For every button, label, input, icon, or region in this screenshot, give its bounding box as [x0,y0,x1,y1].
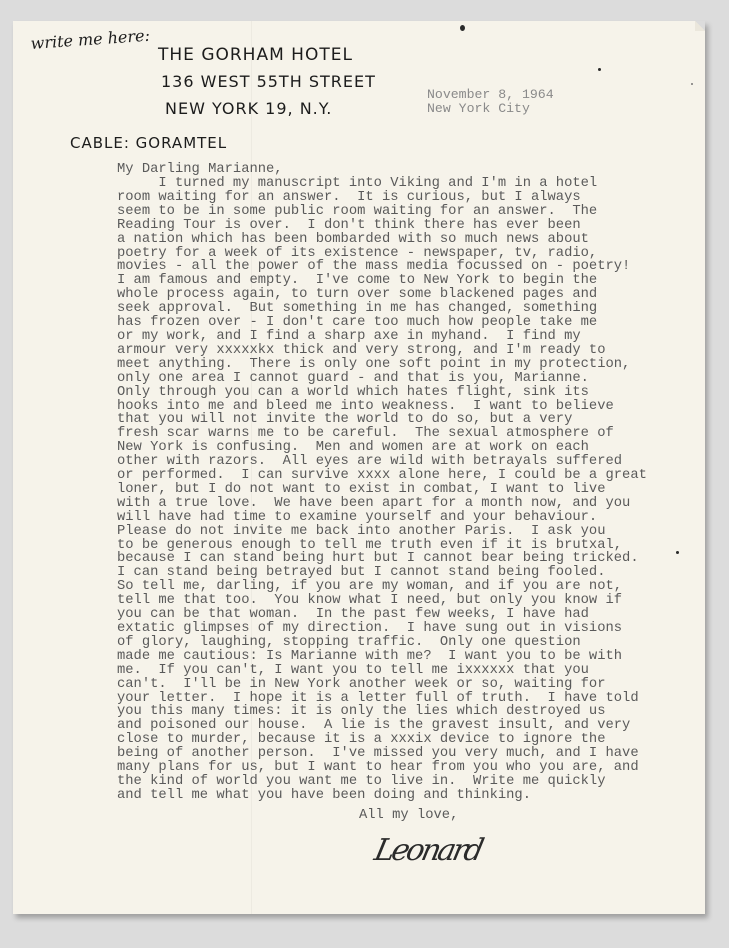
closing: All my love, [359,809,458,823]
cable-address: CABLE: GORAMTEL [70,134,227,152]
hotel-name: THE GORHAM HOTEL [158,45,353,65]
letter-line: extatic glimpses of my direction. I have… [117,622,647,636]
letter-line: the kind of world you want me to live in… [117,775,647,789]
letter-line: many plans for us, but I want to hear fr… [117,761,647,775]
letter-line: meet anything. There is only one soft po… [117,358,647,372]
letter-line: has frozen over - I don't care too much … [117,316,647,330]
letter-line: Please do not invite me back into anothe… [117,525,647,539]
letter-line: me. If you can't, I want you to tell me … [117,664,647,678]
letter-line: I turned my manuscript into Viking and I… [117,177,647,191]
letter-line: will have had time to examine yourself a… [117,511,647,525]
letter-line: you can be that woman. In the past few w… [117,608,647,622]
signature: Leonard [371,833,484,868]
letter-line: being of another person. I've missed you… [117,747,647,761]
ink-speck [598,68,601,71]
salutation: My Darling Marianne, [117,163,283,177]
letter-line: made me cautious: Is Marianne with me? I… [117,650,647,664]
letter-line: of glory, laughing, stopping traffic. On… [117,636,647,650]
hotel-street: 136 WEST 55TH STREET [161,72,376,91]
letter-line: other with razors. All eyes are wild wit… [117,455,647,469]
ink-speck [460,25,465,31]
letter-line: with a true love. We have been apart for… [117,497,647,511]
letter-line: tell me that too. You know what I need, … [117,594,647,608]
letter-line: Only through you can a world which hates… [117,386,647,400]
letter-line: loner, but I do not want to exist in com… [117,483,647,497]
letter-line: can't. I'll be in New York another week … [117,678,647,692]
handwritten-note: write me here: [30,26,150,53]
ink-speck [676,551,679,554]
letter-line: and tell me what you have been doing and… [117,789,647,803]
place: New York City [427,102,530,116]
letter-page: write me here: THE GORHAM HOTEL 136 WEST… [13,21,705,914]
letter-line: seem to be in some public room waiting f… [117,205,647,219]
letter-line: seek approval. But something in me has c… [117,302,647,316]
letter-line: or performed. I can survive xxxx alone h… [117,469,647,483]
date: November 8, 1964 [427,88,554,102]
letter-line: only one area I cannot guard - and that … [117,372,647,386]
letter-body: I turned my manuscript into Viking and I… [117,177,647,803]
letter-line: a nation which has been bombarded with s… [117,233,647,247]
hotel-city: NEW YORK 19, N.Y. [165,99,332,118]
ink-speck [691,83,693,85]
letter-line: armour very xxxxxkx thick and very stron… [117,344,647,358]
letter-line: Reading Tour is over. I don't think ther… [117,219,647,233]
letter-line: or my work, and I find a sharp axe in my… [117,330,647,344]
letter-line: room waiting for an answer. It is curiou… [117,191,647,205]
